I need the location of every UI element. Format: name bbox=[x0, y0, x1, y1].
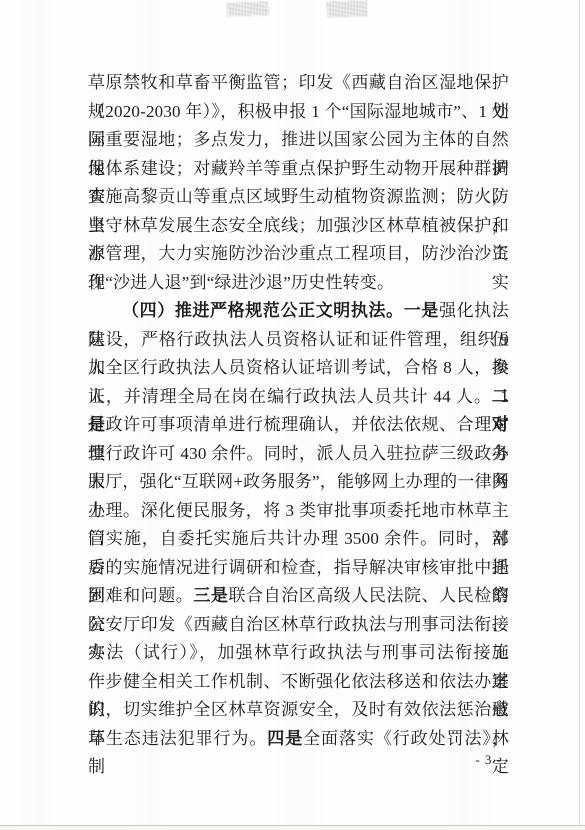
text-line: 一步健全相关工作机制、不断强化依法移送和依法办案的意 bbox=[88, 668, 509, 697]
text-line: 行政许可事项清单进行梳理确认，并依法依规、合理审慎办 bbox=[88, 411, 509, 440]
body-text: 草生态违法犯罪行为。 bbox=[88, 729, 267, 748]
text-line: 加全区行政执法人员资格认证培训考试，合格 8 人，换证 1 bbox=[88, 354, 509, 383]
scan-artifact bbox=[227, 1, 269, 16]
body-text: 困难和问题。 bbox=[88, 586, 193, 605]
text-line: 后的实施情况进行调研和检查，指导解决审核审批中遇到的 bbox=[88, 554, 509, 583]
text-line: 公安厅印发《西藏自治区林草行政执法与刑事司法衔接实施 bbox=[88, 611, 509, 640]
text-line: 大厅，强化“互联网+政务服务”，能够网上办理的一律网上 bbox=[88, 468, 509, 497]
text-line: 办理。深化便民服务，将 3 类审批事项委托地市林草主管部 bbox=[88, 497, 509, 526]
text-line: 实施高黎贡山等重点区域野生动植物资源监测；防火防虫， bbox=[88, 183, 509, 212]
text-line: 理行政许可 430 余件。同时，派人员入驻拉萨三级政务服务 bbox=[88, 440, 509, 469]
text-line: 源管理，大力实施防沙治沙重点工程项目，防沙治沙工作实 bbox=[88, 240, 509, 269]
text-line: 际重要湿地；多点发力，推进以国家公园为主体的自然保护 bbox=[88, 126, 509, 155]
text-line: 困难和问题。三是联合自治区高级人民法院、人民检察院、 bbox=[88, 582, 509, 611]
text-line: 建设，严格行政执法人员资格认证和证件管理，组织 9 人参 bbox=[88, 326, 509, 355]
text-line: 草原禁牧和草畜平衡监管；印发《西藏自治区湿地保护规划 bbox=[88, 69, 509, 98]
scanned-document-page: 草原禁牧和草畜平衡监管；印发《西藏自治区湿地保护规划（2020-2030 年）》… bbox=[0, 0, 585, 830]
body-text: 现“沙进人退”到“绿进沙退”历史性转变。 bbox=[88, 273, 394, 292]
text-line: 门实施，自委托实施后共计办理 3500 余件。同时，对委托 bbox=[88, 525, 509, 554]
document-body: 草原禁牧和草畜平衡监管；印发《西藏自治区湿地保护规划（2020-2030 年）》… bbox=[88, 69, 509, 753]
text-line: 坚守林草发展生态安全底线；加强沙区林草植被保护和水资 bbox=[88, 212, 509, 241]
page-number: - 3 - bbox=[475, 752, 502, 768]
text-line: 草生态违法犯罪行为。四是全面落实《行政处罚法》，制定 bbox=[88, 725, 509, 754]
text-line: 人，并清理全局在岗在编行政执法人员共计 44 人。二是对 bbox=[88, 383, 509, 412]
body-text: 人，并清理全局在岗在编行政执法人员共计 44 人。 bbox=[88, 387, 492, 406]
emphasis-text: 一是 bbox=[404, 301, 439, 320]
emphasis-text: 三是 bbox=[193, 586, 228, 605]
page-edge-right bbox=[579, 0, 580, 826]
scan-artifact bbox=[327, 0, 368, 17]
text-line: 办法（试行）》，加强林草行政执法与刑事司法衔接工作、进 bbox=[88, 639, 509, 668]
text-line: （四）推进严格规范公正文明执法。一是强化执法队伍 bbox=[88, 297, 509, 326]
text-line: （2020-2030 年）》，积极申报 1 个“国际湿地城市”、1 处国 bbox=[88, 98, 509, 127]
text-line: 地体系建设；对藏羚羊等重点保护野生动物开展种群调查， bbox=[88, 155, 509, 184]
page-edge-shadow bbox=[0, 826, 585, 830]
text-line: 识，切实维护全区林草资源安全，及时有效依法惩治破坏林 bbox=[88, 696, 509, 725]
emphasis-text: 四是 bbox=[267, 729, 303, 748]
emphasis-text: （四）推进严格规范公正文明执法。 bbox=[122, 301, 404, 320]
